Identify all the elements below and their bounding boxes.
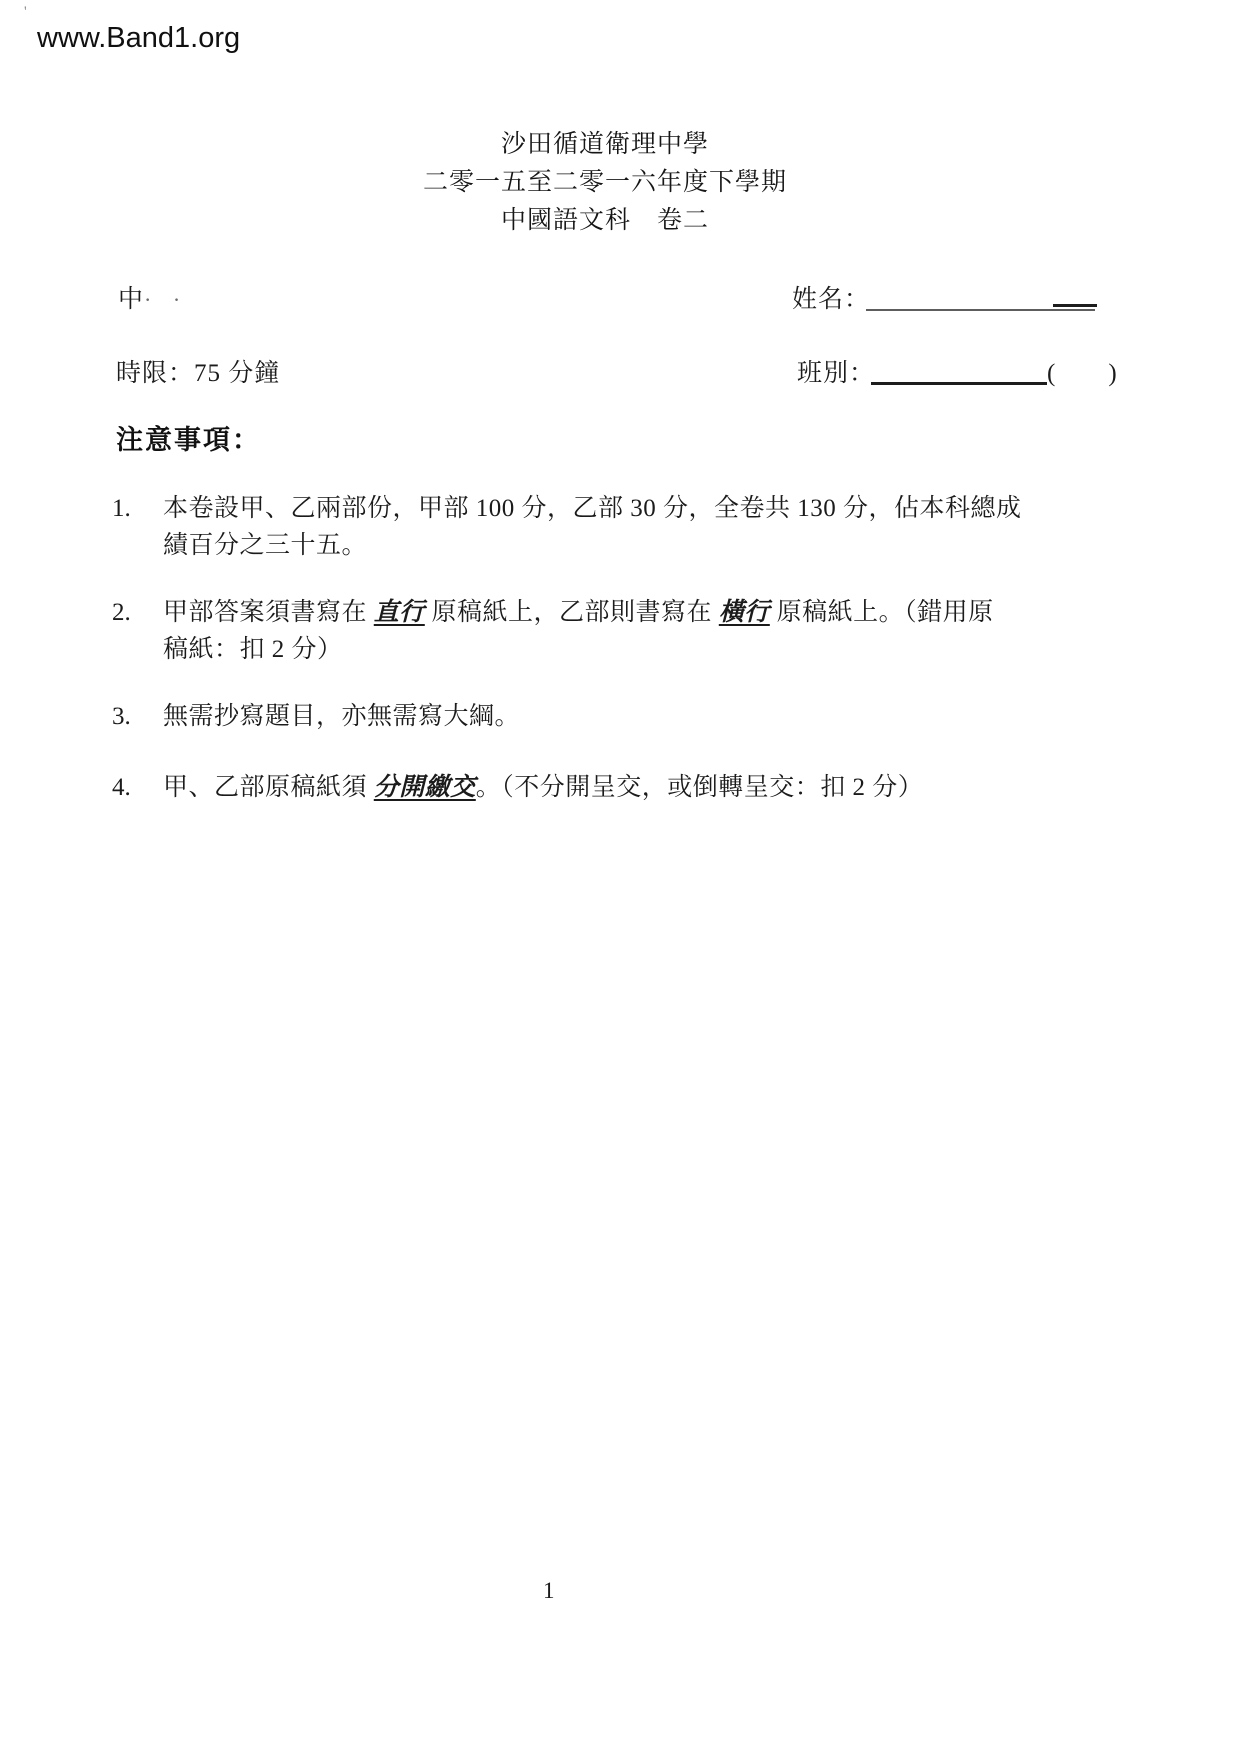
- note-text: 甲、乙部原稿紙須 分開繳交。（不分開呈交，或倒轉呈交：扣 2 分）: [163, 769, 923, 806]
- note-number: 4.: [112, 769, 163, 806]
- note-item-2: 2.甲部答案須書寫在 直行 原稿紙上，乙部則書寫在 橫行 原稿紙上。（錯用原 稿…: [112, 594, 1116, 668]
- page-number: 1: [543, 1578, 555, 1604]
- emphasized-term: 橫行: [719, 599, 770, 626]
- note-item-4: 4.甲、乙部原稿紙須 分開繳交。（不分開呈交，或倒轉呈交：扣 2 分）: [112, 769, 1116, 806]
- note-text: 甲部答案須書寫在 直行 原稿紙上，乙部則書寫在 橫行 原稿紙上。（錯用原 稿紙：…: [163, 594, 994, 668]
- subject-paper-line: 中國語文科 卷二: [0, 202, 1210, 240]
- name-label: 姓名：: [792, 279, 870, 315]
- term-line: 二零一五至二零一六年度下學期: [0, 164, 1210, 202]
- stray-mark: ': [24, 4, 27, 21]
- form-text: 中: [118, 286, 144, 313]
- form-dots: · ·: [144, 287, 188, 312]
- time-limit-label: 時限：75 分鐘: [116, 353, 280, 389]
- class-number-parens: ( ): [1047, 353, 1118, 389]
- note-item-3: 3.無需抄寫題目，亦無需寫大綱。: [112, 698, 1116, 735]
- note-text: 無需抄寫題目，亦無需寫大綱。: [163, 698, 520, 735]
- class-label: 班別：: [797, 353, 875, 389]
- exam-paper-page: ' www.Band1.org 沙田循道衛理中學 二零一五至二零一六年度下學期 …: [0, 0, 1240, 1754]
- note-number: 2.: [112, 594, 163, 668]
- notes-list: 1.本卷設甲、乙兩部份，甲部 100 分，乙部 30 分，全卷共 130 分，佔…: [112, 490, 1116, 836]
- note-number: 3.: [112, 698, 163, 735]
- class-underline: [871, 382, 1047, 385]
- notes-heading: 注意事項：: [116, 418, 261, 457]
- name-underline: [866, 309, 1095, 311]
- note-text: 本卷設甲、乙兩部份，甲部 100 分，乙部 30 分，全卷共 130 分，佔本科…: [163, 490, 1022, 564]
- note-number: 1.: [112, 490, 163, 564]
- name-underline-overlap: [1053, 304, 1097, 307]
- emphasized-term: 分開繳交: [374, 774, 476, 801]
- title-block: 沙田循道衛理中學 二零一五至二零一六年度下學期 中國語文科 卷二: [0, 126, 1210, 240]
- emphasized-term: 直行: [374, 599, 425, 626]
- form-label: 中· ·: [118, 279, 188, 315]
- school-name: 沙田循道衛理中學: [0, 126, 1210, 164]
- note-item-1: 1.本卷設甲、乙兩部份，甲部 100 分，乙部 30 分，全卷共 130 分，佔…: [112, 490, 1116, 564]
- watermark: www.Band1.org: [37, 22, 240, 55]
